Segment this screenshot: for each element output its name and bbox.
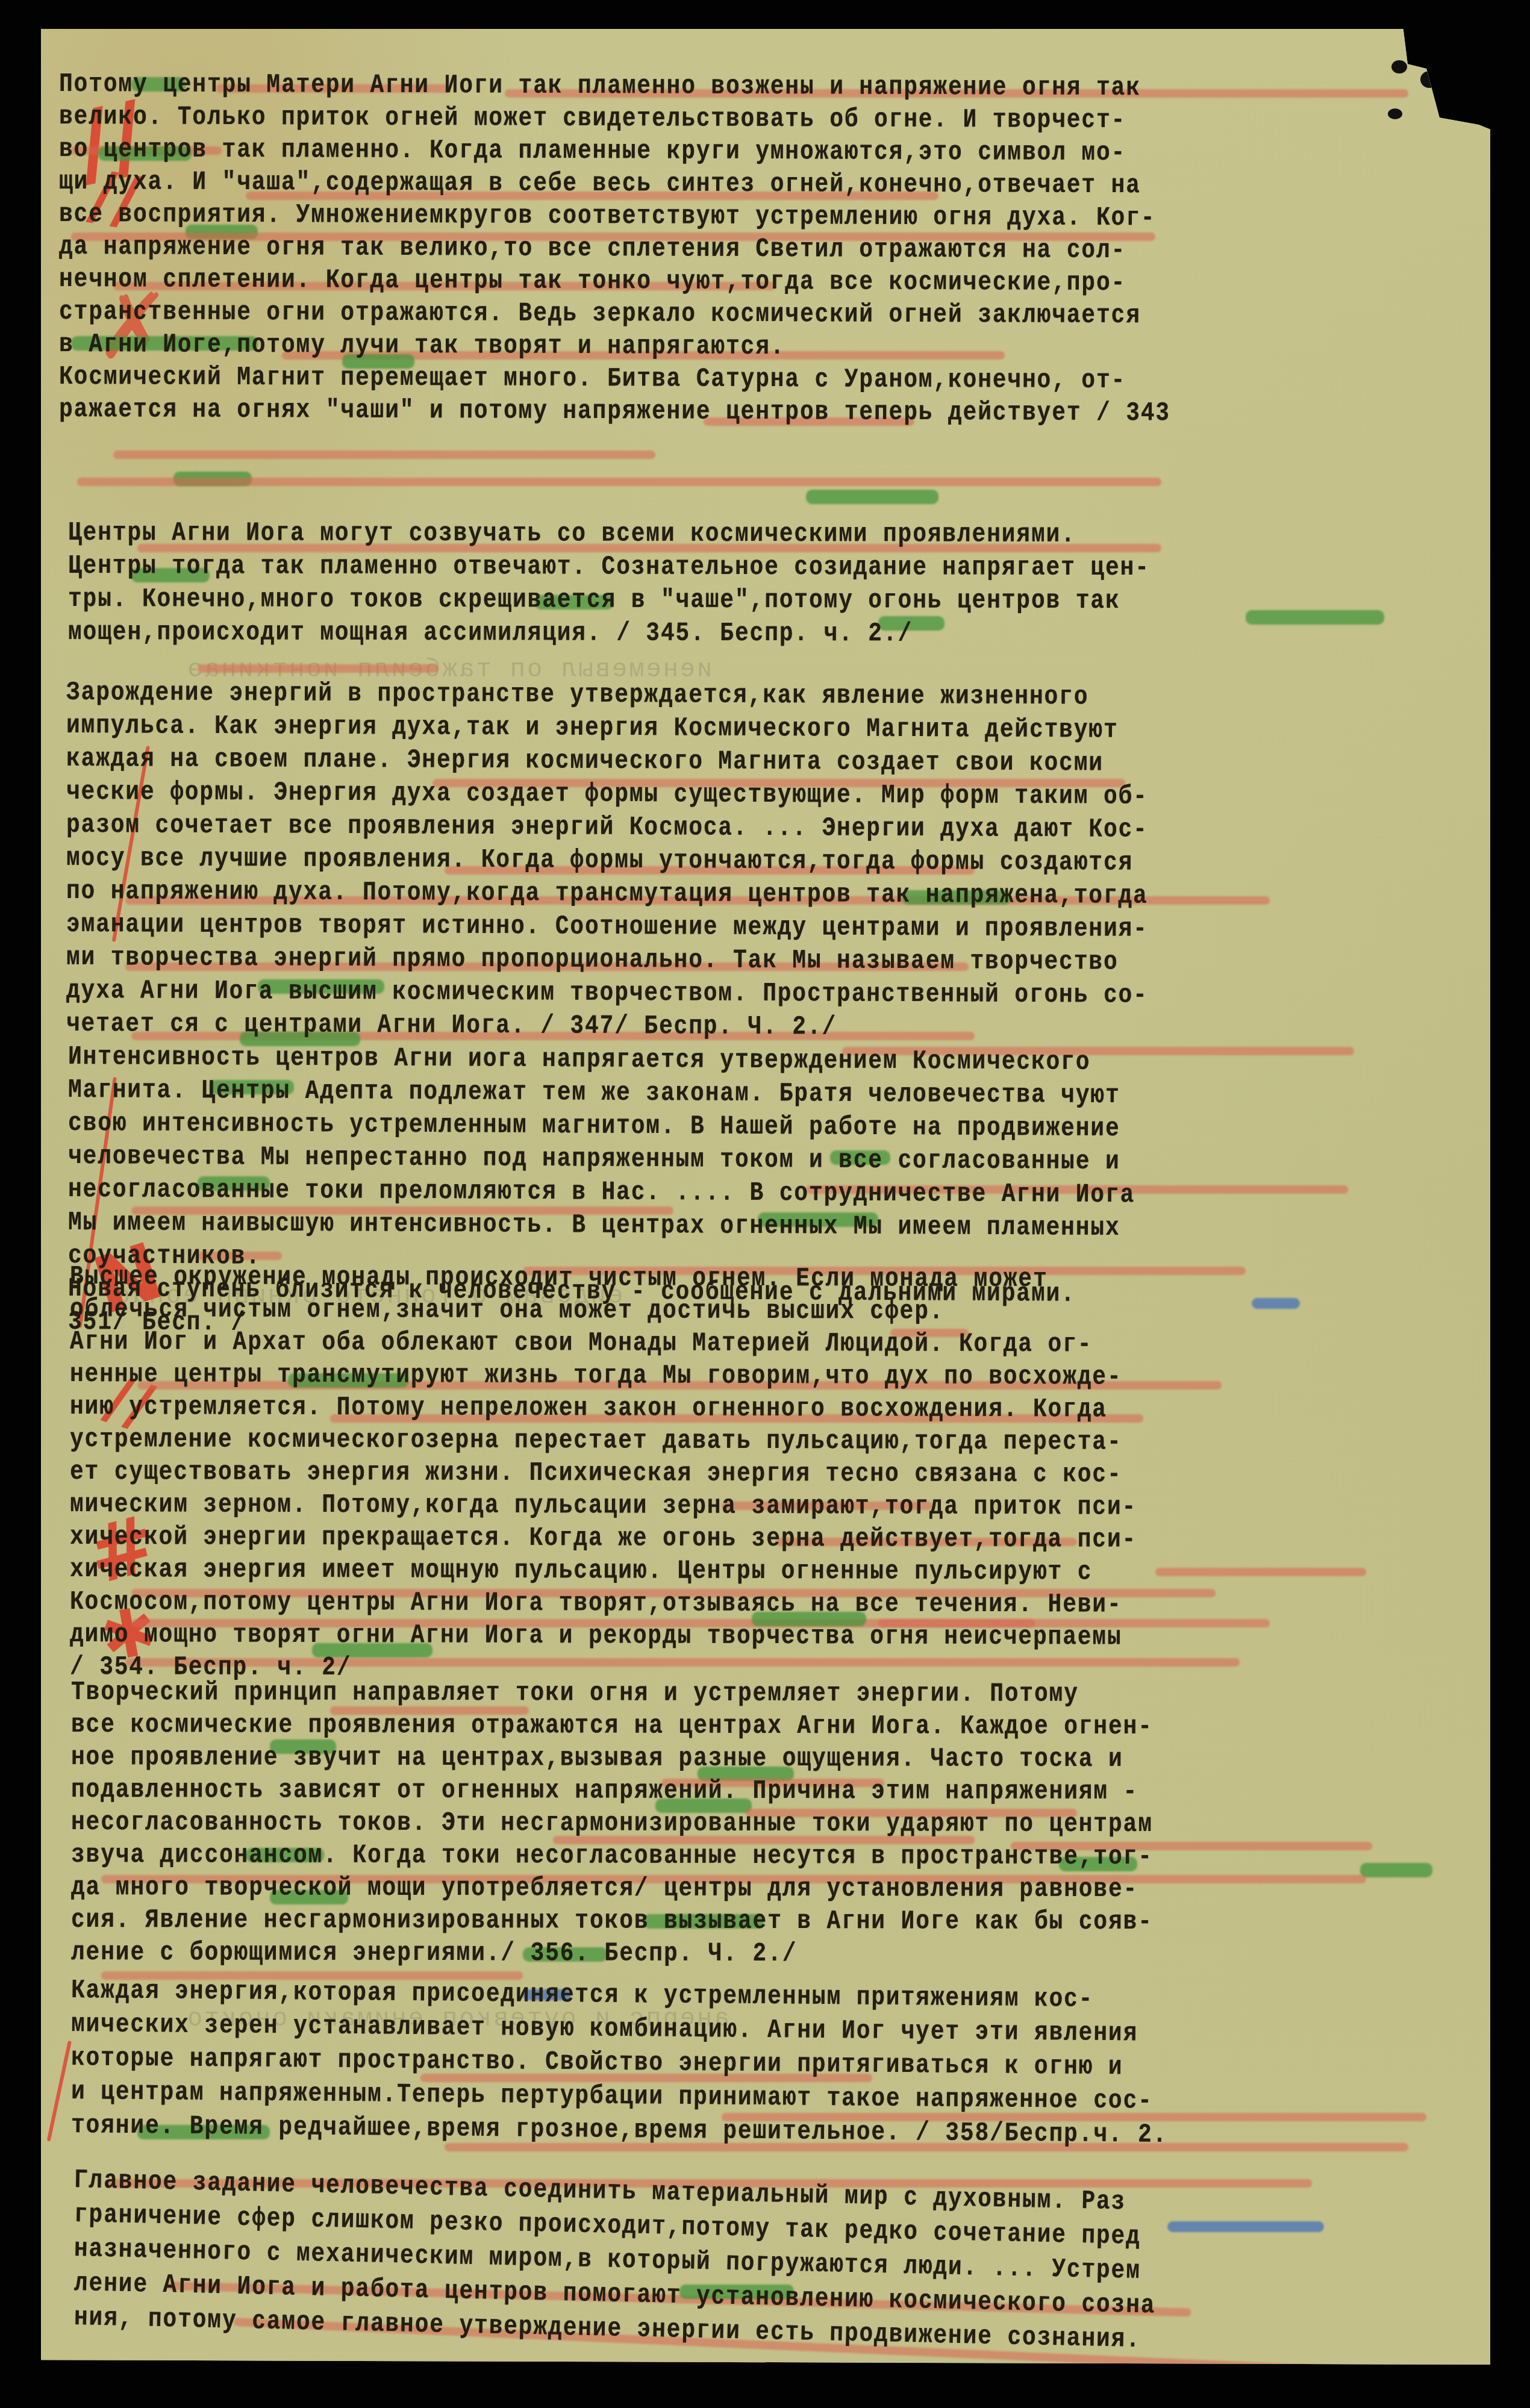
text-line: да много творческой мощи употребляется/ … [71, 1874, 1138, 1903]
text-line: Зарождение энергий в пространстве утверж… [66, 679, 1089, 710]
paper-hole [1391, 60, 1407, 73]
text-line: и центрам напряженным.Теперь пертурбации… [71, 2079, 1153, 2115]
text-line: человечества Мы непрестанно под напряжен… [68, 1143, 1120, 1175]
red-underline [113, 451, 655, 459]
text-line: несогласованные токи преломляются в Нас.… [68, 1176, 1135, 1208]
paper-hole [1388, 108, 1402, 119]
margin-mark-slash [47, 2041, 72, 2142]
text-line: нию устремляется. Потому непреложен зако… [70, 1394, 1107, 1423]
paper-hole [1420, 71, 1438, 88]
text-line: ет существовать энергия жизни. Психическ… [70, 1459, 1122, 1488]
text-line: тры. Конечно,много токов скрещивается в … [68, 586, 1120, 614]
text-line: Мы имеем наивысшую интенсивность. В цент… [68, 1209, 1120, 1241]
text-line: ми творчества энергий прямо пропорционал… [66, 944, 1119, 976]
text-line: Космический Магнит перемещает много. Бит… [59, 364, 1126, 394]
text-line: по напряжению духа. Потому,когда трансму… [66, 878, 1148, 909]
blue-underline [1167, 2221, 1324, 2232]
text-line: в Агни Иоге,потому лучи так творят и нап… [59, 331, 785, 360]
text-line: которые напрягают пространство. Свойство… [71, 2045, 1123, 2080]
text-line: Центры Агни Иога могут созвучать со всем… [68, 520, 1076, 548]
red-underline [77, 478, 1161, 486]
text-line: Интенсивность центров Агни иога напрягае… [68, 1044, 1091, 1076]
text-line: мощен,происходит мощная ассимиляция. / 3… [68, 619, 913, 647]
red-underline [198, 664, 439, 673]
text-line: подавленность зависят от огненных напряж… [71, 1777, 1138, 1805]
text-line: все восприятия. Умножениемкругов соответ… [59, 201, 1156, 231]
text-line: облечься чистым огнем,значит она может д… [70, 1296, 944, 1325]
text-line: ное проявление звучит на центрах,вызывая… [71, 1744, 1123, 1773]
text-line: да напряжение огня так велико,то все спл… [59, 234, 1126, 264]
text-line: ческие формы. Энергия духа создает формы… [66, 779, 1148, 810]
text-line: хическая энергия имеет мощную пульсацию.… [70, 1556, 1092, 1585]
text-line: Агни Иог и Архат оба облекают свои Монад… [70, 1329, 1092, 1358]
text-line: устремление космическогозерна перестает … [70, 1426, 1122, 1456]
green-highlight [1360, 1863, 1432, 1877]
green-highlight [806, 490, 938, 504]
text-line: эманации центров творят истинно. Соотнош… [66, 911, 1148, 943]
text-line: мическим зерном. Потому,когда пульсации … [70, 1491, 1137, 1521]
blue-underline [1306, 2366, 1469, 2377]
text-line: димо мощно творят огни Агни Иога и рекор… [70, 1621, 1122, 1651]
green-highlight [1246, 610, 1384, 625]
text-line: Центры тогда так пламенно отвечают. Созн… [68, 553, 1150, 581]
text-line: разом сочетает все проявления энергий Ко… [66, 812, 1148, 843]
text-line: импульса. Как энергия духа,так и энергия… [66, 713, 1119, 744]
text-line: каждая на своем плане. Энергия космическ… [66, 746, 1104, 777]
text-line: ление с борющимися энергиями./ 356. Бесп… [71, 1939, 797, 1967]
text-line: Потому центры Матери Агни Иоги так пламе… [59, 71, 1141, 101]
text-line: велико. Только приток огней может свидет… [59, 104, 1126, 134]
text-line: звуча диссонансом. Когда токи несогласов… [71, 1842, 1153, 1870]
text-line: Космосом,потому центры Агни Иога творят,… [70, 1589, 1122, 1618]
text-line: хической энергии прекращается. Когда же … [70, 1524, 1137, 1553]
text-line: свою интенсивность устремленным магнитом… [68, 1110, 1120, 1142]
text-line: четает ся с центрами Агни Иога. / 347/ Б… [66, 1011, 837, 1041]
text-line: Магнита. Центры Адепта подлежат тем же з… [68, 1077, 1120, 1109]
text-line: мических зерен устанавливает новую комби… [71, 2011, 1138, 2047]
text-line: во центров так пламенно. Когда пламенные… [59, 136, 1126, 166]
text-line: мосу все лучшие проявления. Когда формы … [66, 845, 1133, 876]
text-line: Высшее окружение монады происходит чисты… [70, 1264, 1048, 1293]
text-line: духа Агни Иога высшим космическим творче… [66, 978, 1148, 1009]
blue-underline [1252, 1298, 1300, 1309]
manuscript-page: иенемевыл оп тажбеилп ионткинаэ еидевам … [41, 29, 1490, 2365]
text-line: нечном сплетении. Когда центры так тонко… [59, 266, 1126, 296]
text-line: ражается на огнях "чаши" и потому напряж… [59, 396, 1170, 426]
text-line: все космические проявления отражаются на… [71, 1712, 1153, 1740]
text-line: щи духа. И "чаша",содержащая в себе весь… [59, 169, 1141, 199]
text-line: ненные центры трансмутируют жизнь тогда … [70, 1361, 1122, 1391]
text-line: странственные огни отражаются. Ведь зерк… [59, 299, 1141, 329]
text-line: сия. Явление несгармонизированных токов … [71, 1907, 1153, 1935]
red-underline [1155, 1568, 1366, 1576]
text-line: несогласованность токов. Эти несгармониз… [71, 1809, 1153, 1838]
text-line: Творческий принцип направляет токи огня … [71, 1679, 1079, 1708]
